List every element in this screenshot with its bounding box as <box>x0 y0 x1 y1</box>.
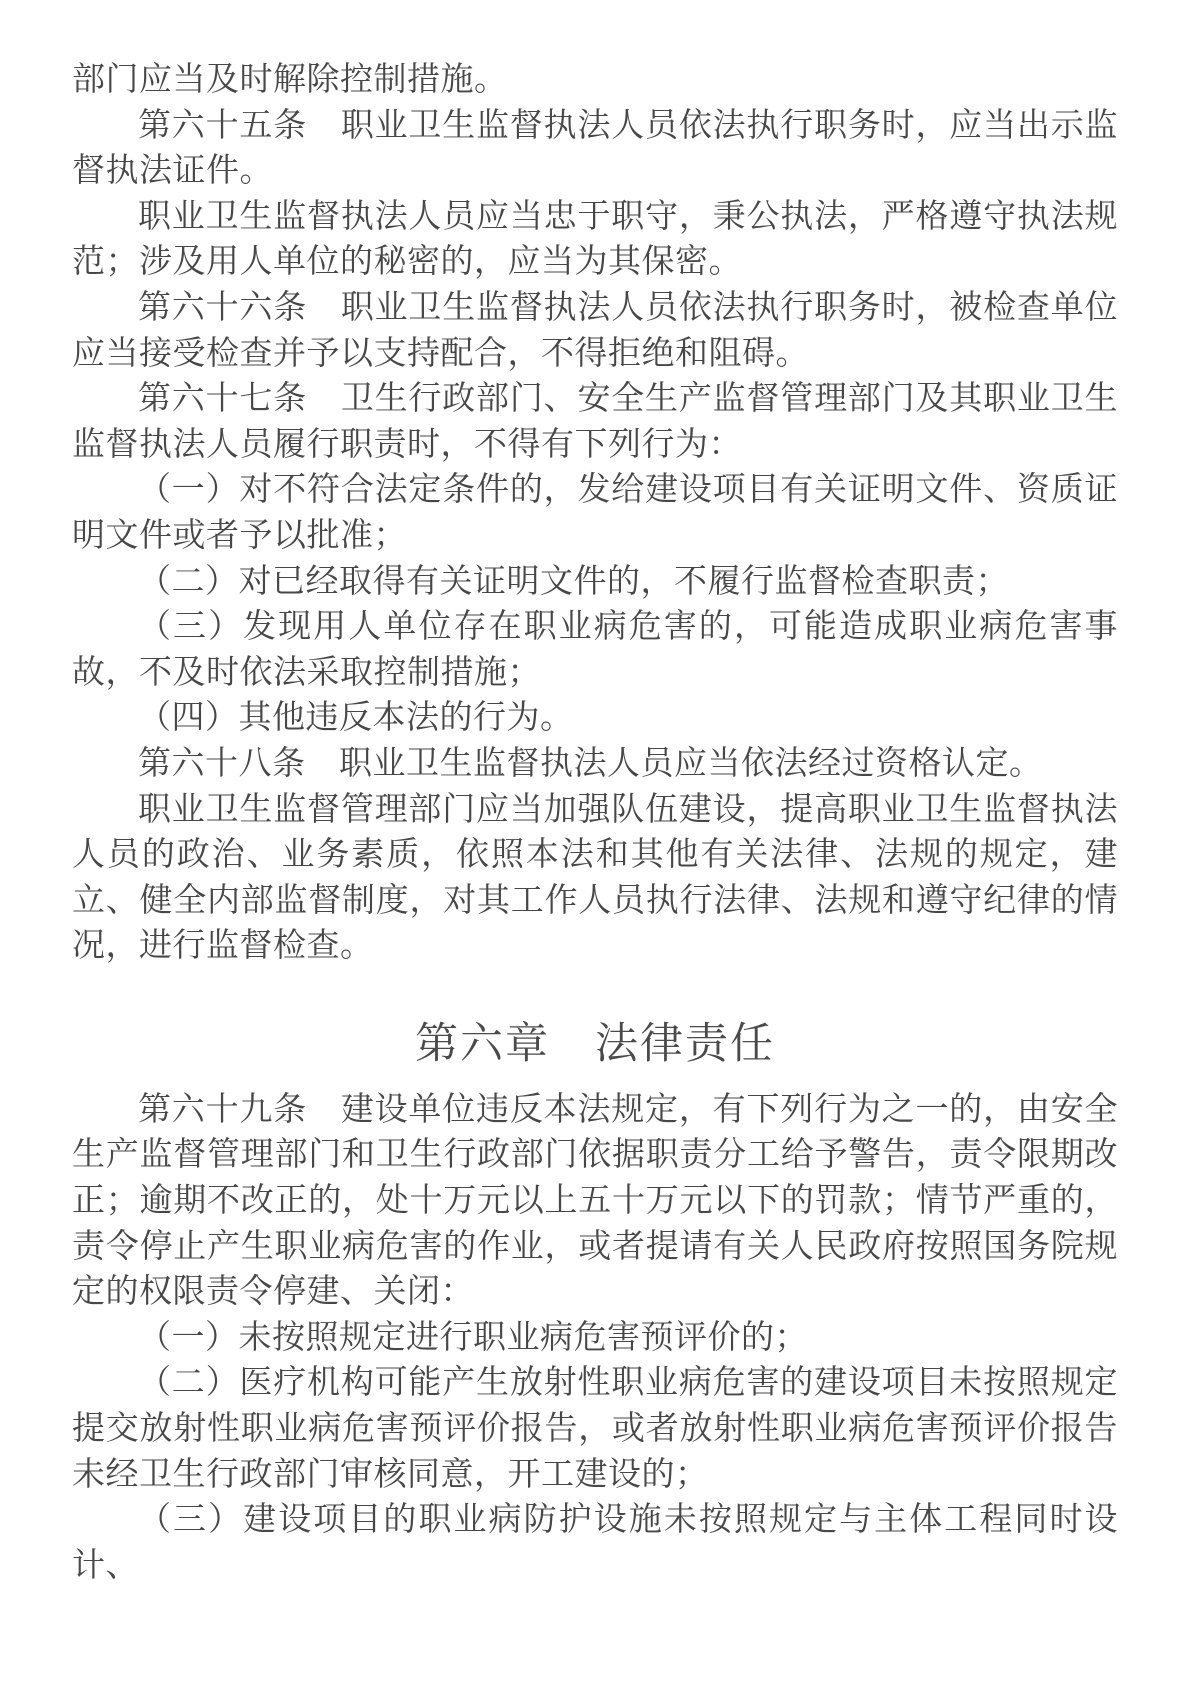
article-67-paragraph: 第六十七条 卫生行政部门、安全生产监督管理部门及其职业卫生监督执法人员履行职责时… <box>72 375 1118 466</box>
article-69-paragraph: 第六十九条 建设单位违反本法规定，有下列行为之一的，由安全生产监督管理部门和卫生… <box>72 1086 1118 1314</box>
chapter-6-heading: 第六章 法律责任 <box>72 1018 1118 1072</box>
article-69-item-1: （一）未按照规定进行职业病危害预评价的； <box>72 1314 1118 1360</box>
document-body: 部门应当及时解除控制措施。 第六十五条 职业卫生监督执法人员依法执行职务时，应当… <box>0 0 1189 1587</box>
article-68-paragraph-2: 职业卫生监督管理部门应当加强队伍建设，提高职业卫生监督执法人员的政治、业务素质，… <box>72 786 1118 968</box>
article-66-paragraph: 第六十六条 职业卫生监督执法人员依法执行职务时，被检查单位应当接受检查并予以支持… <box>72 284 1118 375</box>
article-67-item-3: （三）发现用人单位存在职业病危害的，可能造成职业病危害事故，不及时依法采取控制措… <box>72 603 1118 694</box>
article-65-paragraph-2: 职业卫生监督执法人员应当忠于职守，秉公执法，严格遵守执法规范；涉及用人单位的秘密… <box>72 193 1118 284</box>
article-67-item-2: （二）对已经取得有关证明文件的，不履行监督检查职责； <box>72 558 1118 604</box>
document-page: 部门应当及时解除控制措施。 第六十五条 职业卫生监督执法人员依法执行职务时，应当… <box>0 0 1189 1683</box>
article-69-item-2: （二）医疗机构可能产生放射性职业病危害的建设项目未按照规定提交放射性职业病危害预… <box>72 1359 1118 1496</box>
article-67-item-1: （一）对不符合法定条件的，发给建设项目有关证明文件、资质证明文件或者予以批准； <box>72 466 1118 557</box>
paragraph-control-measures: 部门应当及时解除控制措施。 <box>72 56 1118 102</box>
article-69-item-3: （三）建设项目的职业病防护设施未按照规定与主体工程同时设计、 <box>72 1496 1118 1587</box>
article-68-paragraph: 第六十八条 职业卫生监督执法人员应当依法经过资格认定。 <box>72 740 1118 786</box>
article-67-item-4: （四）其他违反本法的行为。 <box>72 694 1118 740</box>
article-65-paragraph: 第六十五条 职业卫生监督执法人员依法执行职务时，应当出示监督执法证件。 <box>72 102 1118 193</box>
